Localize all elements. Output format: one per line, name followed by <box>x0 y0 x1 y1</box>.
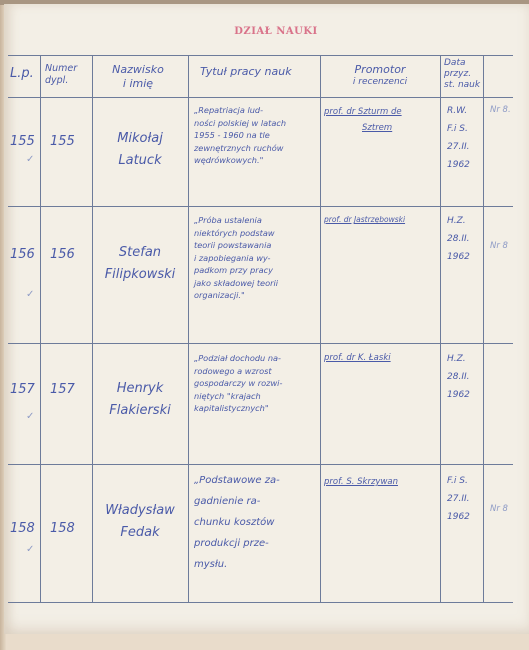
title-line: jako składowej teorii <box>194 277 319 290</box>
date-line: 28.II. <box>447 368 470 386</box>
column-rule <box>188 55 189 602</box>
row-date: H.Z. 28.II. 1962 <box>447 212 470 266</box>
header-numer: Numer dypl. <box>45 64 77 86</box>
header-bottom-rule <box>8 97 513 98</box>
row-lp: 157 <box>10 383 35 397</box>
title-line: 1955 - 1960 na tle <box>194 129 319 142</box>
date-line: R.W. <box>447 102 470 120</box>
title-line: niektórych podstaw <box>194 227 319 240</box>
title-line: rodowego a wzrost <box>194 365 319 378</box>
title-line: produkcji prze- <box>194 533 319 554</box>
row-note: Nr 8 <box>490 242 508 251</box>
row-rule <box>8 343 513 344</box>
row-promotor: prof. S. Skrzywan <box>324 478 438 487</box>
date-line: 28.II. <box>447 230 470 248</box>
check-mark: ✓ <box>26 155 34 166</box>
last-name: Fedak <box>96 522 184 544</box>
row-date: F.i S. 27.II. 1962 <box>447 472 470 526</box>
date-line: 1962 <box>447 248 470 266</box>
title-line: „Próba ustalenia <box>194 214 319 227</box>
title-line: zewnętrznych ruchów <box>194 142 319 155</box>
last-name: Latuck <box>96 150 184 172</box>
title-line: organizacji." <box>194 289 319 302</box>
row-lp: 155 <box>10 135 35 149</box>
check-mark: ✓ <box>26 545 34 556</box>
date-line: 27.II. <box>447 138 470 156</box>
row-name: Henryk Flakierski <box>96 378 184 422</box>
promotor-line: prof. dr Szturm de <box>324 104 438 120</box>
first-name: Mikołaj <box>96 128 184 150</box>
row-note: Nr 8. <box>490 106 511 115</box>
row-name: Stefan Filipkowski <box>96 242 184 286</box>
header-promotor: Promotor i recenzenci <box>330 64 430 87</box>
date-line: 27.II. <box>447 490 470 508</box>
header-lp: L.p. <box>10 67 34 81</box>
promotor-line: prof. dr K. Łaski <box>324 354 438 363</box>
row-note: Nr 8 <box>490 505 508 514</box>
promotor-line: Sztrem <box>324 120 438 136</box>
date-line: 1962 <box>447 508 470 526</box>
header-tytul: Tytuł pracy nauk <box>200 66 292 78</box>
header-nazwisko: Nazwisko i imię <box>98 64 178 89</box>
row-numer: 156 <box>50 248 75 262</box>
column-rule <box>440 55 441 602</box>
date-line: F.i S. <box>447 120 470 138</box>
header-numer-line1: Numer <box>45 64 77 74</box>
title-line: padkom przy pracy <box>194 264 319 277</box>
date-line: H.Z. <box>447 350 470 368</box>
date-line: 1962 <box>447 156 470 174</box>
header-promotor-line1: Promotor <box>330 64 430 76</box>
row-date: H.Z. 28.II. 1962 <box>447 350 470 404</box>
row-promotor: prof. dr Szturm de Sztrem <box>324 104 438 136</box>
header-nazwisko-line1: Nazwisko <box>98 64 178 76</box>
row-title: „Podział dochodu na- rodowego a wzrost g… <box>194 352 319 415</box>
row-lp: 158 <box>10 522 35 536</box>
date-line: H.Z. <box>447 212 470 230</box>
first-name: Henryk <box>96 378 184 400</box>
title-line: kapitalistycznych" <box>194 402 319 415</box>
row-title: „Podstawowe za- gadnienie ra- chunku kos… <box>194 470 319 575</box>
date-line: F.i S. <box>447 472 470 490</box>
row-promotor: prof. dr K. Łaski <box>324 354 438 363</box>
header-nazwisko-line2: i imię <box>98 78 178 90</box>
title-line: „Podstawowe za- <box>194 470 319 491</box>
row-name: Władysław Fedak <box>96 500 184 544</box>
row-promotor: prof. dr Jastrzębowski <box>324 216 438 224</box>
row-lp: 156 <box>10 248 35 262</box>
title-line: ności polskiej w latach <box>194 117 319 130</box>
column-rule <box>483 55 484 602</box>
column-rule <box>92 55 93 602</box>
promotor-line: prof. dr Jastrzębowski <box>324 216 438 224</box>
last-name: Flakierski <box>96 400 184 422</box>
title-line: niętych "krajach <box>194 390 319 403</box>
header-promotor-line2: i recenzenci <box>330 78 430 87</box>
row-numer: 157 <box>50 383 75 397</box>
column-rule <box>320 55 321 602</box>
first-name: Władysław <box>96 500 184 522</box>
title-line: wędrówkowych." <box>194 154 319 167</box>
last-name: Filipkowski <box>96 264 184 286</box>
promotor-line: prof. S. Skrzywan <box>324 478 438 487</box>
title-line: gadnienie ra- <box>194 491 319 512</box>
department-stamp: DZIAŁ NAUKI <box>226 26 326 37</box>
header-data: Data przyz. st. nauk <box>444 58 480 91</box>
title-line: i zapobiegania wy- <box>194 252 319 265</box>
title-line: „Podział dochodu na- <box>194 352 319 365</box>
row-rule <box>8 464 513 465</box>
first-name: Stefan <box>96 242 184 264</box>
title-line: mysłu. <box>194 554 319 575</box>
row-title: „Próba ustalenia niektórych podstaw teor… <box>194 214 319 302</box>
check-mark: ✓ <box>26 290 34 301</box>
column-rule <box>40 55 41 602</box>
table-top-rule <box>8 55 513 56</box>
row-date: R.W. F.i S. 27.II. 1962 <box>447 102 470 174</box>
row-numer: 158 <box>50 522 75 536</box>
header-data-line2: przyz. <box>444 69 480 80</box>
table-bottom-rule <box>8 602 513 603</box>
title-line: chunku kosztów <box>194 512 319 533</box>
check-mark: ✓ <box>26 412 34 423</box>
row-numer: 155 <box>50 135 75 149</box>
title-line: teorii powstawania <box>194 239 319 252</box>
title-line: „Repatriacja lud- <box>194 104 319 117</box>
row-rule <box>8 206 513 207</box>
row-name: Mikołaj Latuck <box>96 128 184 172</box>
row-title: „Repatriacja lud- ności polskiej w latac… <box>194 104 319 167</box>
header-data-line3: st. nauk <box>444 80 480 91</box>
title-line: gospodarczy w rozwi- <box>194 377 319 390</box>
header-numer-line2: dypl. <box>45 76 77 86</box>
header-data-line1: Data <box>444 58 480 69</box>
date-line: 1962 <box>447 386 470 404</box>
